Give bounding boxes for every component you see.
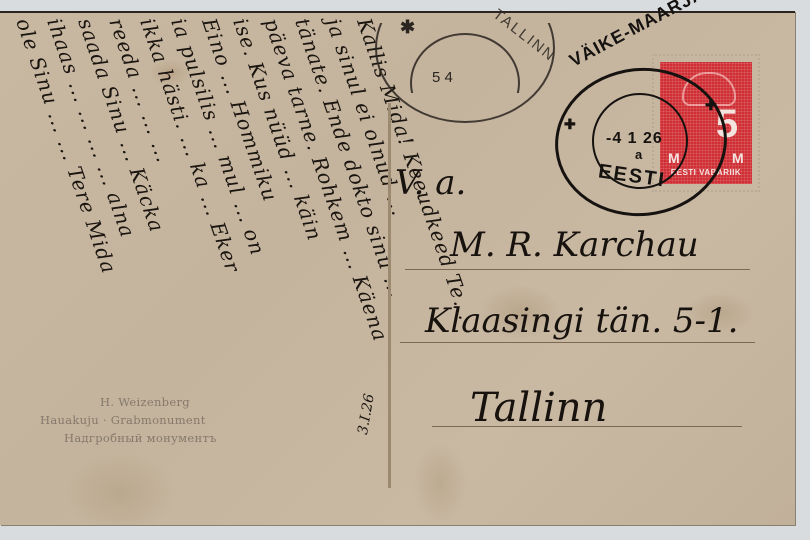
star-icon: ✱ bbox=[400, 17, 415, 38]
publisher-author: H. Weizenberg bbox=[100, 395, 190, 409]
address-salutation: V. a. bbox=[395, 163, 466, 203]
address-city: Tallinn bbox=[470, 385, 607, 431]
star-icon: ✚ bbox=[705, 97, 717, 114]
center-divider bbox=[388, 103, 391, 488]
vaike-maarja-postmark-date: -4 1 26 bbox=[606, 130, 663, 148]
message-date: 3.I.26 bbox=[355, 392, 378, 435]
caption-est-de: Hauakuju · Grabmonument bbox=[40, 413, 206, 427]
stamp-mark-right: M bbox=[732, 150, 744, 166]
vaike-maarja-postmark-code: a bbox=[635, 147, 642, 162]
caption-ru: Надгробный монументъ bbox=[64, 431, 217, 445]
star-icon: ✚ bbox=[564, 116, 576, 133]
address-street: Klaasingi tän. 5-1. bbox=[425, 301, 739, 341]
address-line-1 bbox=[405, 269, 750, 270]
address-recipient: M. R. Karchau bbox=[450, 225, 699, 265]
address-line-2 bbox=[400, 342, 755, 343]
postcard: H. Weizenberg Hauakuju · Grabmonument На… bbox=[0, 11, 795, 525]
tallinn-postmark-date: 5 4 bbox=[432, 69, 453, 86]
